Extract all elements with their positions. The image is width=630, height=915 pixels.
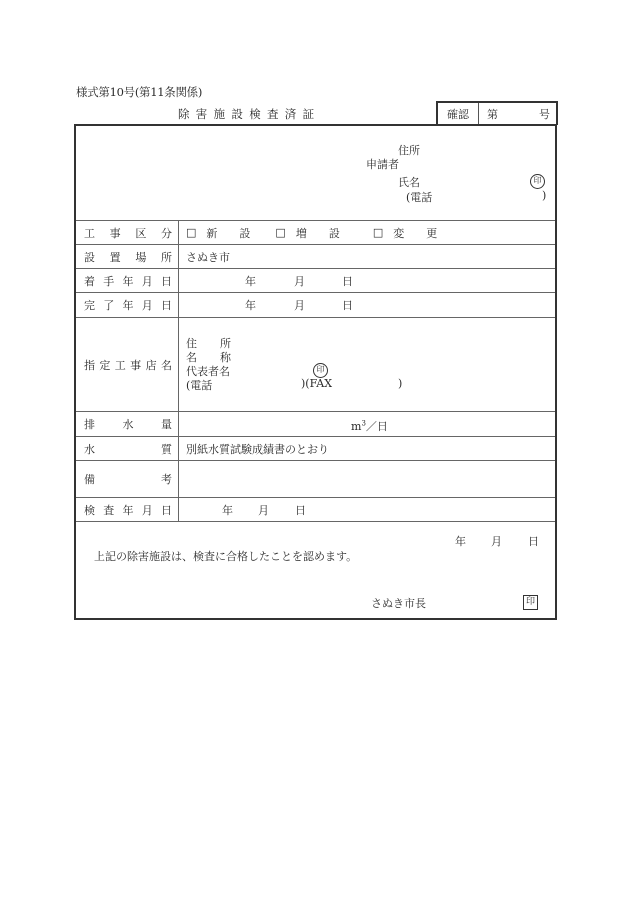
applicant-seal[interactable]: 印	[530, 173, 545, 189]
unit-per-day: ／日	[366, 420, 388, 433]
day-unit: 日	[342, 273, 353, 289]
option-change-char: 変	[393, 225, 404, 241]
label-char: 分	[161, 225, 172, 241]
seal-circle-icon: 印	[313, 363, 328, 378]
issuer-seal[interactable]: 印	[523, 594, 538, 610]
number-prefix: 第	[487, 106, 498, 122]
applicant-address-label: 住所	[398, 142, 420, 158]
option-expand-char: 増	[296, 225, 307, 241]
label-char: 検	[84, 502, 95, 518]
completion-date-field[interactable]: 年 月 日	[179, 293, 555, 317]
label-char: 日	[161, 297, 172, 313]
label-char: 着	[84, 273, 95, 289]
label-char: 店	[146, 357, 157, 373]
label-char: 指	[84, 357, 95, 373]
label-char: 事	[130, 357, 141, 373]
applicant-phone-close: )	[542, 189, 546, 202]
cert-year-unit: 年	[455, 533, 466, 549]
label-char: 区	[135, 225, 146, 241]
label-char: 年	[123, 297, 134, 313]
cert-month-unit: 月	[491, 533, 502, 549]
contractor-field[interactable]: 住 所 名 称 代表者名 印 (電話 )(FAX )	[179, 318, 555, 411]
label-char: 工	[84, 225, 95, 241]
label-char: 年	[123, 273, 134, 289]
label-char: 所	[161, 249, 172, 265]
form-code: 様式第10号(第11条関係)	[76, 84, 202, 100]
construction-type-label: 工 事 区 分	[76, 221, 178, 244]
start-date-field[interactable]: 年 月 日	[179, 269, 555, 292]
label-char: 置	[110, 249, 121, 265]
water-quality-field[interactable]: 別紙水質試験成績書のとおり	[179, 437, 555, 460]
label-char: 質	[161, 441, 172, 457]
day-unit: 日	[295, 502, 306, 518]
label-char: 年	[123, 502, 134, 518]
discharge-label: 排 水 量	[76, 412, 178, 436]
start-date-label: 着 手 年 月 日	[76, 269, 178, 292]
checkbox-change[interactable]: □	[373, 226, 383, 239]
divider	[76, 521, 555, 522]
label-char: 設	[84, 249, 95, 265]
month-unit: 月	[258, 502, 269, 518]
label-char: 場	[135, 249, 146, 265]
applicant-name-label: 氏名	[398, 174, 420, 190]
year-unit: 年	[245, 273, 256, 289]
option-new-char: 設	[239, 225, 250, 241]
certification-statement: 上記の除害施設は、検査に合格したことを認めます。	[94, 548, 357, 564]
cert-day-unit: 日	[528, 533, 539, 549]
label-char: 水	[123, 416, 134, 432]
certificate-number-field[interactable]: 第 号	[479, 103, 556, 125]
confirm-label: 確認	[438, 103, 479, 125]
document-title: 除害施設検査済証	[178, 106, 320, 122]
label-char: 水	[84, 441, 95, 457]
option-new-char: 新	[206, 225, 217, 241]
checkbox-new[interactable]: □	[186, 226, 196, 239]
label-char: 査	[103, 502, 114, 518]
issuer-name: さぬき市長	[371, 595, 426, 611]
unit-m: m	[351, 420, 361, 433]
option-expand-char: 設	[329, 225, 340, 241]
month-unit: 月	[294, 297, 305, 313]
discharge-unit: m3／日	[351, 418, 388, 434]
label-char: 考	[161, 471, 172, 487]
day-unit: 日	[342, 297, 353, 313]
label-char: 月	[142, 502, 153, 518]
discharge-field[interactable]: m3／日	[179, 412, 555, 436]
month-unit: 月	[294, 273, 305, 289]
seal-circle-icon: 印	[530, 174, 545, 189]
inspection-date-label: 検 査 年 月 日	[76, 498, 178, 521]
checkbox-expand[interactable]: □	[275, 226, 285, 239]
seal-square-icon: 印	[523, 595, 538, 610]
contractor-fax-close: )	[398, 377, 402, 390]
label-char: 日	[161, 502, 172, 518]
contractor-phone-open: (電話	[186, 377, 212, 393]
label-char: 備	[84, 471, 95, 487]
number-suffix: 号	[539, 106, 550, 122]
applicant-phone-open: (電話	[406, 189, 432, 205]
label-char: 了	[103, 297, 114, 313]
label-char: 工	[115, 357, 126, 373]
label-char: 日	[161, 273, 172, 289]
applicant-label: 申請者	[366, 156, 399, 172]
label-char: 定	[99, 357, 110, 373]
location-field[interactable]: さぬき市	[179, 245, 555, 268]
location-label: 設 置 場 所	[76, 245, 178, 268]
completion-date-label: 完 了 年 月 日	[76, 293, 178, 317]
construction-type-value: □ 新 設 □ 増 設 □ 変 更	[179, 221, 555, 244]
label-char: 排	[84, 416, 95, 432]
label-char: 月	[142, 297, 153, 313]
label-char: 事	[110, 225, 121, 241]
label-char: 月	[142, 273, 153, 289]
label-char: 完	[84, 297, 95, 313]
label-char: 名	[161, 357, 172, 373]
contractor-seal[interactable]: 印	[313, 362, 328, 378]
option-change-char: 更	[426, 225, 437, 241]
year-unit: 年	[222, 502, 233, 518]
label-char: 手	[103, 273, 114, 289]
label-char: 量	[161, 416, 172, 432]
contractor-label: 指 定 工 事 店 名	[76, 318, 178, 411]
certificate-form: 申請者 住所 氏名 印 (電話 ) 工 事 区 分 □ 新 設 □ 増 設 □ …	[74, 124, 557, 620]
remarks-label: 備 考	[76, 461, 178, 497]
year-unit: 年	[245, 297, 256, 313]
remarks-field[interactable]	[179, 461, 555, 497]
water-quality-label: 水 質	[76, 437, 178, 460]
approval-box: 確認 第 号	[436, 101, 558, 125]
contractor-fax-label: )(FAX	[301, 377, 332, 390]
inspection-date-field[interactable]: 年 月 日	[179, 498, 555, 521]
